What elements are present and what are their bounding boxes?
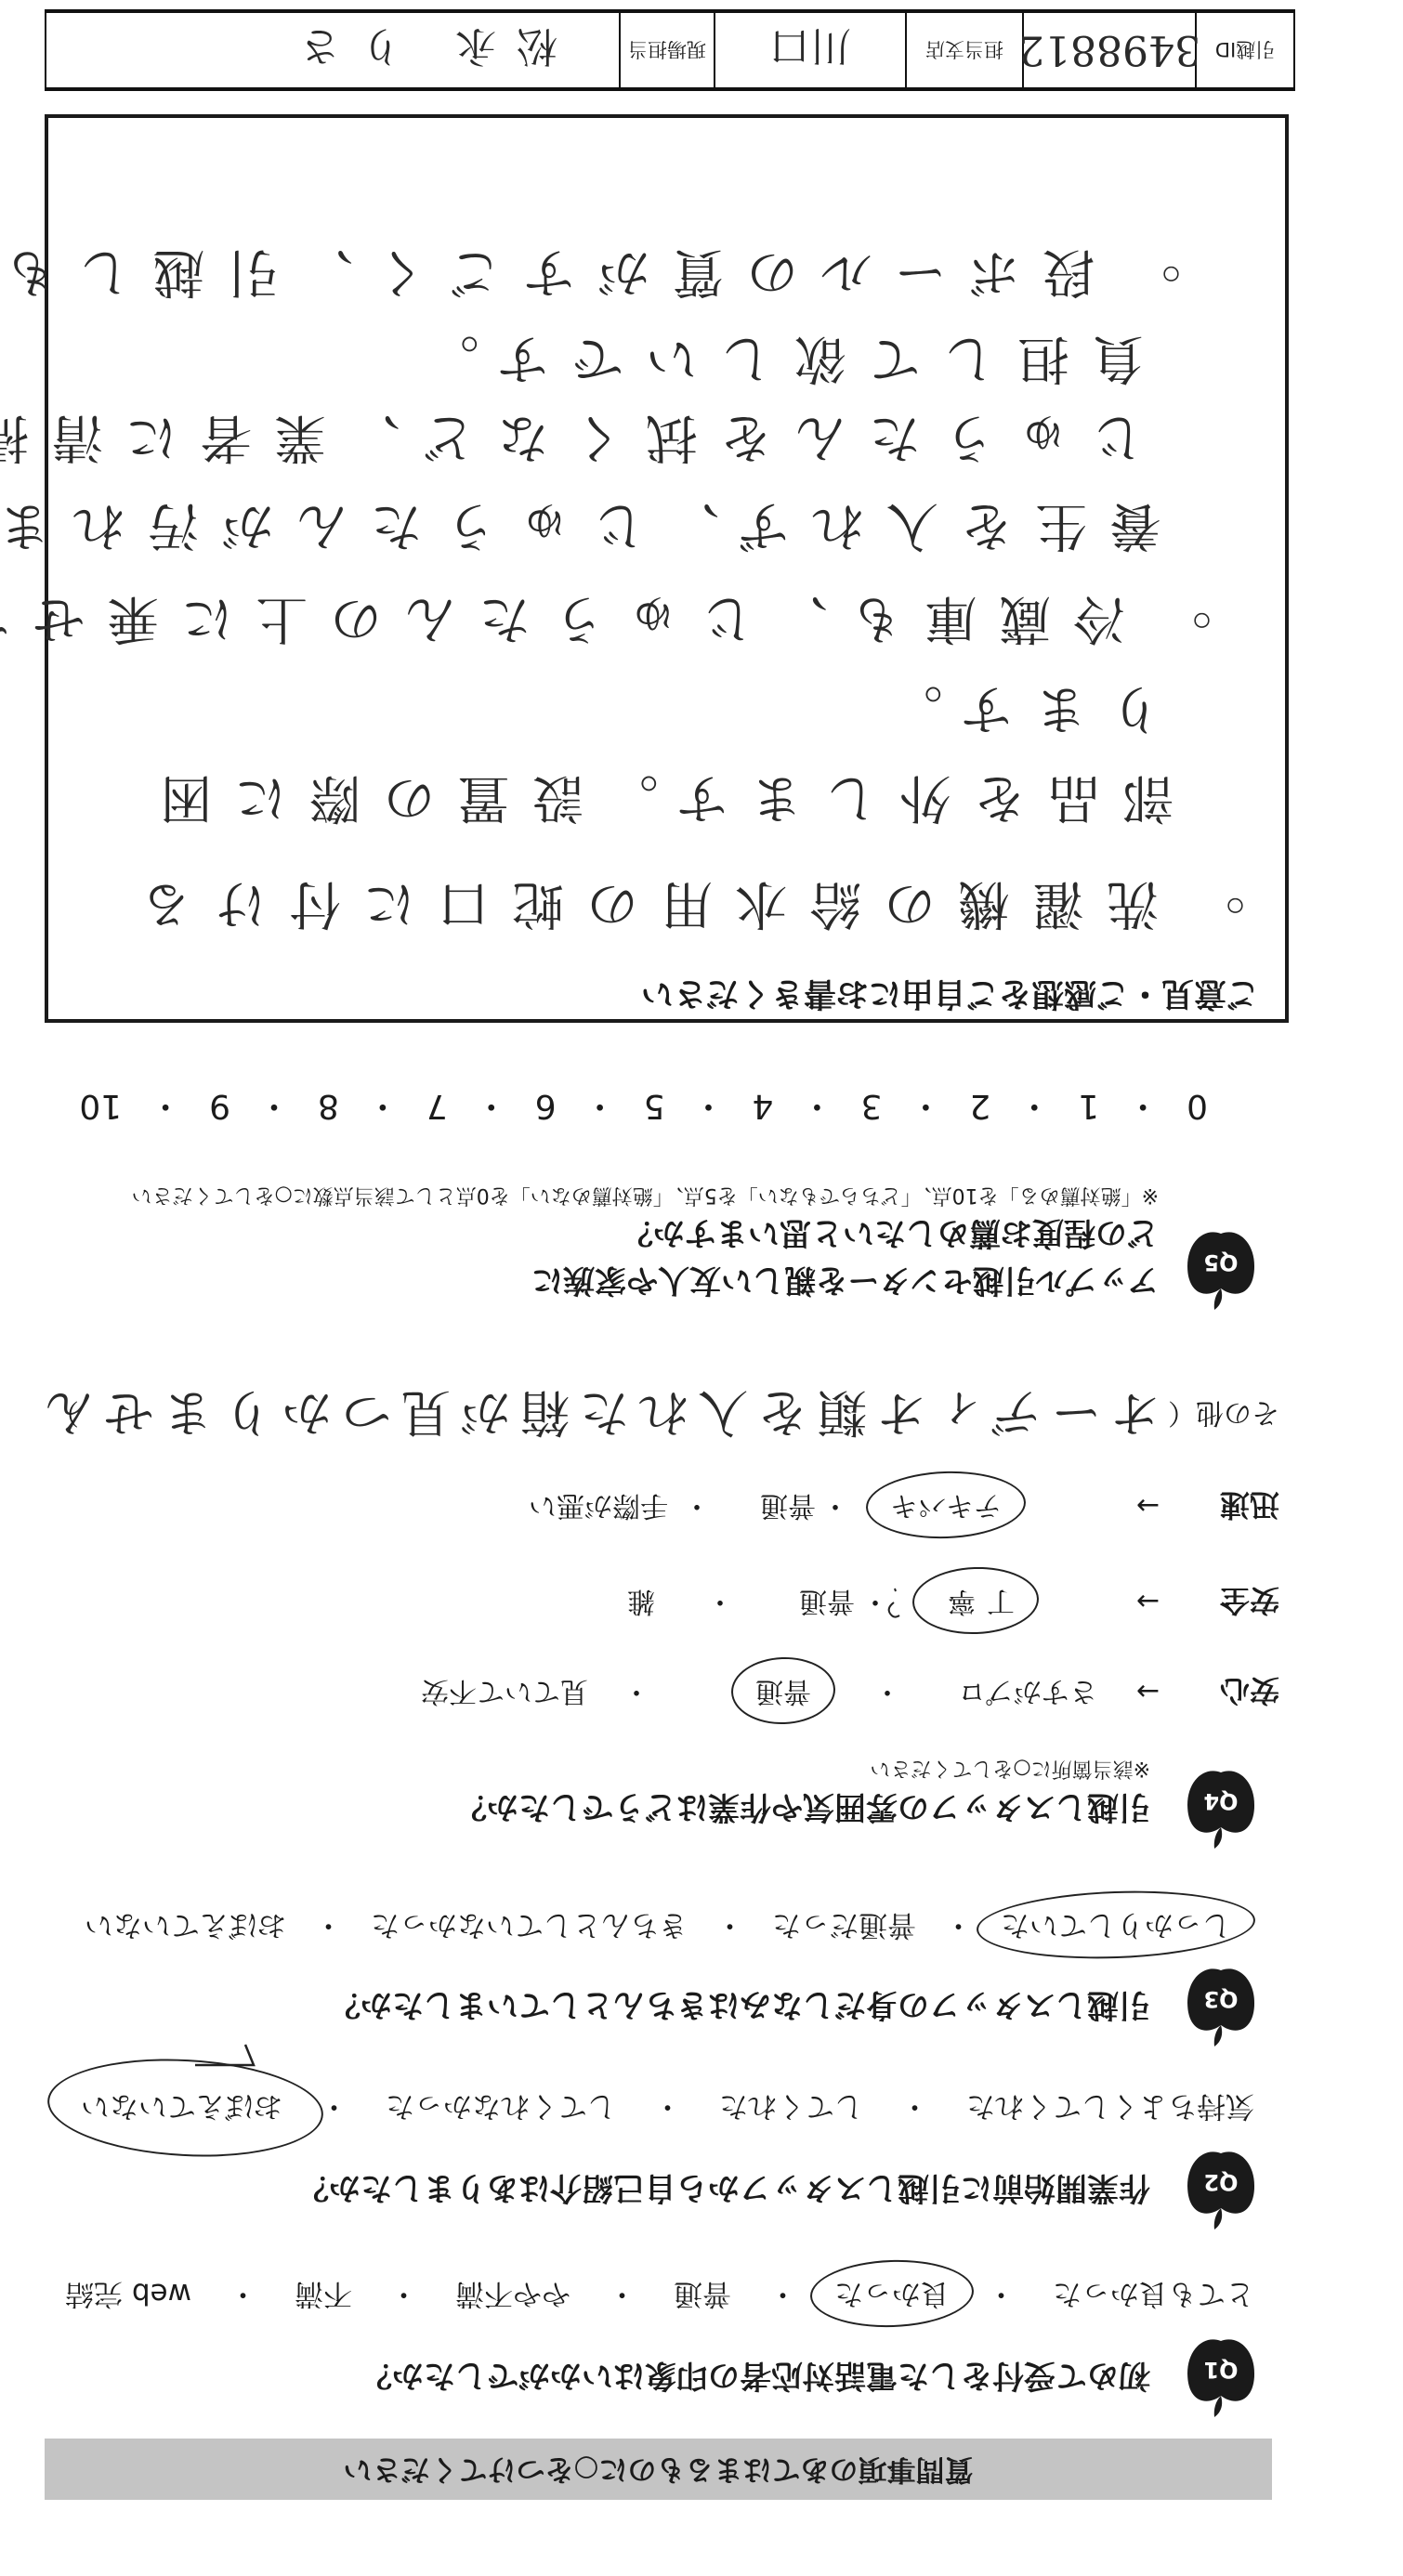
comment-line: ◦ 洗濯機の給水用の蛇口に付ける (118, 870, 1251, 935)
id-table: 引越ID 3498812 担当支店 川口 現場担当 松永 りさ (45, 9, 1295, 91)
score-option[interactable]: 1 (1078, 1085, 1099, 1126)
separator: ・ (944, 1906, 973, 1943)
badge-label: Q5 (1203, 1249, 1238, 1275)
q2-option[interactable]: 気持ちよくしてくれた (966, 2087, 1254, 2125)
separator: ・ (366, 1085, 400, 1126)
q3-option-selected[interactable]: しっかりしていた (1001, 1906, 1231, 1943)
score-option[interactable]: 7 (426, 1085, 448, 1126)
separator: ・ (608, 2275, 636, 2312)
q2-option[interactable]: してくれなかった (386, 2087, 616, 2125)
q4-option[interactable]: 雑 (627, 1582, 655, 1619)
apple-badge-icon: Q3 (1184, 1966, 1258, 2047)
score-option[interactable]: 8 (318, 1085, 339, 1126)
badge-label: Q2 (1203, 2169, 1238, 2195)
q4-option-selected[interactable]: 普通 (755, 1672, 811, 1709)
separator: ・ (475, 1085, 508, 1126)
comment-line: 部品を外します。設置の際に困 (138, 765, 1174, 830)
separator: ・ (320, 2087, 348, 2125)
move-id-label: 引越ID (1195, 13, 1293, 87)
q4-other-input[interactable]: オーディオ類を入れた箱が見つかりません (34, 1384, 1160, 1440)
apple-badge-icon: Q2 (1184, 2149, 1258, 2230)
separator: ・ (1126, 1085, 1160, 1126)
q4-option-selected[interactable]: テキパキ (890, 1486, 1002, 1523)
separator: ・ (623, 1672, 650, 1709)
apple-badge-icon: Q5 (1184, 1229, 1258, 1311)
instruction-bar: 質問事項のあてはまるものに○をつけてください (45, 2439, 1272, 2500)
separator: ・ (683, 1486, 711, 1523)
q1-option-selected[interactable]: 良かった (834, 2275, 950, 2312)
q2-option[interactable]: してくれた (719, 2087, 863, 2125)
q4-row-label: 迅速 (1220, 1486, 1279, 1523)
q4-note: ※該当箇所に○をしてください (870, 1756, 1150, 1780)
q3-option[interactable]: おぼえていない (85, 1906, 286, 1943)
q3-title: 引越しスタッフの身だしなみはきちんとしていましたか？ (329, 1986, 1150, 2023)
q1-option[interactable]: 不満 (295, 2275, 352, 2312)
separator: ・ (314, 1906, 343, 1943)
comments-heading: ご意見・ご感想をご自由にお書きください (641, 974, 1259, 1012)
q1-options: とても良かった ・ 良かった ・ 普通 ・ やや不満 ・ 不満 ・ web 完結 (65, 2275, 1254, 2312)
q4-option[interactable]: 手際が悪い (529, 1486, 668, 1523)
q4-other-close: ） (51, 1384, 79, 1440)
score-option[interactable]: 2 (969, 1085, 990, 1126)
q4-other-label: その他（ (1168, 1384, 1279, 1440)
separator: ・ (653, 2087, 682, 2125)
move-id-field[interactable]: 3498812 (1022, 13, 1195, 87)
q4-option[interactable]: さすがプロ (958, 1672, 1097, 1709)
badge-label: Q1 (1203, 2357, 1238, 2383)
separator: ・ (583, 1085, 617, 1126)
q4-option[interactable]: 普通 (760, 1486, 816, 1523)
comment-line: ります。 (868, 675, 1161, 740)
separator: ・ (909, 1085, 942, 1126)
separator: ・ (800, 1085, 833, 1126)
q4-option[interactable]: 普通 (799, 1582, 855, 1619)
score-option[interactable]: 9 (209, 1085, 230, 1126)
comment-line: 負担して欲しいです。 (404, 325, 1144, 390)
arrow-right-icon: → (1136, 1582, 1160, 1619)
arrow-right-icon: → (1136, 1672, 1160, 1709)
separator: ・ (389, 2275, 418, 2312)
separator: ・ (821, 1486, 849, 1523)
badge-label: Q3 (1203, 1986, 1238, 2012)
separator: ・ (768, 2275, 797, 2312)
score-option[interactable]: 6 (535, 1085, 557, 1126)
separator: ・ (873, 1672, 901, 1709)
comment-line: じゅうたんを拭くなど、業者に清掃費用を (0, 404, 1144, 469)
q4-option-selected[interactable]: 丁寧 (937, 1582, 1015, 1619)
separator: ・ (149, 1085, 182, 1126)
separator: ・ (229, 2275, 257, 2312)
branch-field[interactable]: 川口 (714, 13, 905, 87)
survey-form: 質問事項のあてはまるものに○をつけてください Q1 初めて受付をした電話対応者の… (0, 0, 1403, 2576)
badge-label: Q4 (1203, 1788, 1238, 1814)
q4-row-label: 安全 (1220, 1582, 1279, 1619)
q1-option[interactable]: web 完結 (65, 2275, 191, 2312)
staff-label: 現場担当 (619, 13, 714, 87)
q2-option-selected[interactable]: おぼえていない (81, 2087, 282, 2125)
branch-label: 担当支店 (905, 13, 1022, 87)
q1-option[interactable]: とても良かった (1053, 2275, 1254, 2312)
q5-title-line: どの程度お薦めしたいと思いますか？ (622, 1214, 1159, 1251)
score-option[interactable]: 3 (860, 1085, 882, 1126)
q4-row-anshin: 安心 → さすがプロ ・ 普通 ・ 見ていて不安 (0, 1672, 1403, 1709)
comment-line: 養生を入れず、じゅうたんが汚れました。 (0, 492, 1161, 557)
q2-title: 作業開始前に引越しスタッフから自己紹介はありましたか？ (297, 2169, 1150, 2206)
q3-options: しっかりしていた ・ 普通だった ・ きちんとしていなかった ・ おぼえていない (85, 1906, 1231, 1943)
separator: ・ (987, 2275, 1016, 2312)
q4-row-jinsoku: 迅速 → テキパキ ・ 普通 ・ 手際が悪い (0, 1486, 1403, 1523)
q4-row-anzen: 安全 → 丁寧 ・ 普通 ・ 雑 (0, 1582, 1403, 1619)
q2-options: 気持ちよくしてくれた ・ してくれた ・ してくれなかった ・ おぼえていない (81, 2087, 1254, 2125)
staff-field[interactable]: 松永 りさ (46, 13, 619, 87)
apple-badge-icon: Q1 (1184, 2336, 1258, 2418)
comment-line: ◦ 冷蔵庫も、じゅうたんの上に乗せており (0, 585, 1217, 650)
q1-title: 初めて受付をした電話対応者の印象はいかがでしたか？ (361, 2357, 1150, 2394)
q4-row-other: その他（ オーディオ類を入れた箱が見つかりません ） (0, 1384, 1403, 1440)
q5-note: ※「絶対薦める」を10点、「どちらでもない」を5点、「絶対薦めない」を0点として… (132, 1183, 1159, 1207)
q4-title: 引越しスタッフの雰囲気や作業はどうでしたか？ (455, 1788, 1150, 1825)
separator: ・ (1017, 1085, 1051, 1126)
q5-title-line: アップル引越センターを親しい友人や家族に (531, 1262, 1159, 1299)
score-option[interactable]: 4 (753, 1085, 774, 1126)
arrow-right-icon: → (1136, 1486, 1160, 1523)
comment-line: ◦ 段ボールの質がすごく、引越しも楽に頼めた。 (0, 239, 1187, 304)
q1-option[interactable]: 普通 (674, 2275, 731, 2312)
score-option[interactable]: 10 (79, 1085, 122, 1126)
score-option[interactable]: 0 (1187, 1085, 1208, 1126)
q3-option[interactable]: 普通だった (772, 1906, 916, 1943)
q5-score-scale: 0 ・ 1 ・ 2 ・ 3 ・ 4 ・ 5 ・ 6 ・ 7 ・ 8 ・ 9 ・ … (79, 1085, 1208, 1126)
separator: ・ (706, 1582, 734, 1619)
q4-option[interactable]: 見ていて不安 (421, 1672, 588, 1709)
q3-option[interactable]: きちんとしていなかった (371, 1906, 688, 1943)
separator: ・ (692, 1085, 726, 1126)
separator: ・ (715, 1906, 744, 1943)
q1-option[interactable]: やや不満 (455, 2275, 570, 2312)
separator: ・ (861, 1582, 889, 1619)
q4-row-label: 安心 (1220, 1672, 1279, 1709)
separator: ・ (257, 1085, 291, 1126)
separator: ・ (900, 2087, 929, 2125)
score-option[interactable]: 5 (644, 1085, 665, 1126)
apple-badge-icon: Q4 (1184, 1768, 1258, 1850)
